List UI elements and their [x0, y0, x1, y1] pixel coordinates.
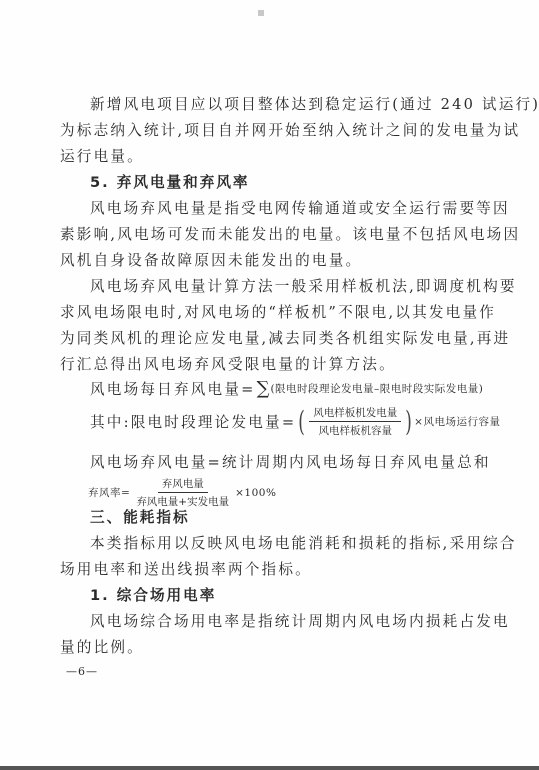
numerator: 弃风电量	[158, 476, 208, 493]
paragraph-line: 风电场弃风电量是指受电网传输通道或安全运行需要等因	[90, 199, 510, 219]
formula-theoretical-generation: 其中:限电时段理论发电量= ( 风电样板机发电量 风电样板机容量 ) ×风电场运…	[90, 405, 500, 438]
scan-mark	[258, 10, 264, 16]
left-paren: (	[298, 408, 305, 436]
page-number: —6—	[66, 665, 98, 678]
paragraph-line: 运行电量。	[60, 147, 144, 167]
paragraph-line: 新增风电项目应以项目整体达到稳定运行(通过 240 试运行)	[90, 95, 539, 115]
paragraph-line: 风电场综合场用电率是指统计周期内风电场内损耗占发电	[90, 612, 510, 632]
denominator: 弃风电量+实发电量	[132, 493, 233, 509]
numerator: 风电样板机发电量	[309, 405, 401, 422]
subsection-heading: 1. 综合场用电率	[90, 586, 216, 606]
fraction: 弃风电量 弃风电量+实发电量	[132, 476, 233, 509]
formula-total-curtailment: 风电场弃风电量=统计周期内风电场每日弃风电量总和	[90, 453, 491, 473]
paragraph-line: 为标志纳入统计,项目自并网开始至纳入统计之间的发电量为试	[60, 121, 520, 141]
denominator: 风电样板机容量	[314, 422, 396, 438]
sigma-symbol: ∑	[257, 378, 270, 399]
paragraph-line: 为同类风机的理论应发电量,减去同类各机组实际发电量,再进	[60, 329, 510, 349]
section-heading: 5. 弃风电量和弃风率	[90, 173, 250, 193]
formula-lhs: 弃风率=	[88, 485, 130, 500]
formula-daily-curtailment: 风电场每日弃风电量= ∑ (限电时段理论发电量–限电时段实际发电量)	[90, 378, 483, 399]
document-page: 新增风电项目应以项目整体达到稳定运行(通过 240 试运行) 为标志纳入统计,项…	[0, 0, 539, 766]
formula-rhs: (限电时段理论发电量–限电时段实际发电量)	[270, 381, 483, 396]
section-heading: 三、能耗指标	[90, 508, 190, 528]
fraction: 风电样板机发电量 风电样板机容量	[309, 405, 401, 438]
formula-rhs: ×100%	[235, 487, 276, 499]
formula-lhs: 风电场每日弃风电量=	[90, 378, 256, 399]
paragraph-line: 求风电场限电时,对风电场的“样板机”不限电,以其发电量作	[60, 303, 496, 323]
bottom-edge	[0, 766, 539, 770]
right-paren: )	[405, 408, 412, 436]
paragraph-line: 风电场弃风电量计算方法一般采用样板机法,即调度机构要	[90, 277, 517, 297]
formula-lhs: 其中:限电时段理论发电量=	[90, 411, 296, 432]
formula-curtailment-rate: 弃风率= 弃风电量 弃风电量+实发电量 ×100%	[88, 476, 276, 509]
formula-rhs: ×风电场运行容量	[414, 414, 500, 429]
paragraph-line: 场用电率和送出线损率两个指标。	[60, 560, 312, 580]
paragraph-line: 行汇总得出风电场弃风受限电量的计算方法。	[60, 355, 396, 375]
paragraph-line: 风机自身设备故障原因未能发出的电量。	[60, 251, 362, 271]
paragraph-line: 量的比例。	[60, 638, 144, 658]
paragraph-line: 素影响,风电场可发而未能发出的电量。该电量不包括风电场因	[60, 225, 520, 245]
paragraph-line: 本类指标用以反映风电场电能消耗和损耗的指标,采用综合	[90, 534, 517, 554]
